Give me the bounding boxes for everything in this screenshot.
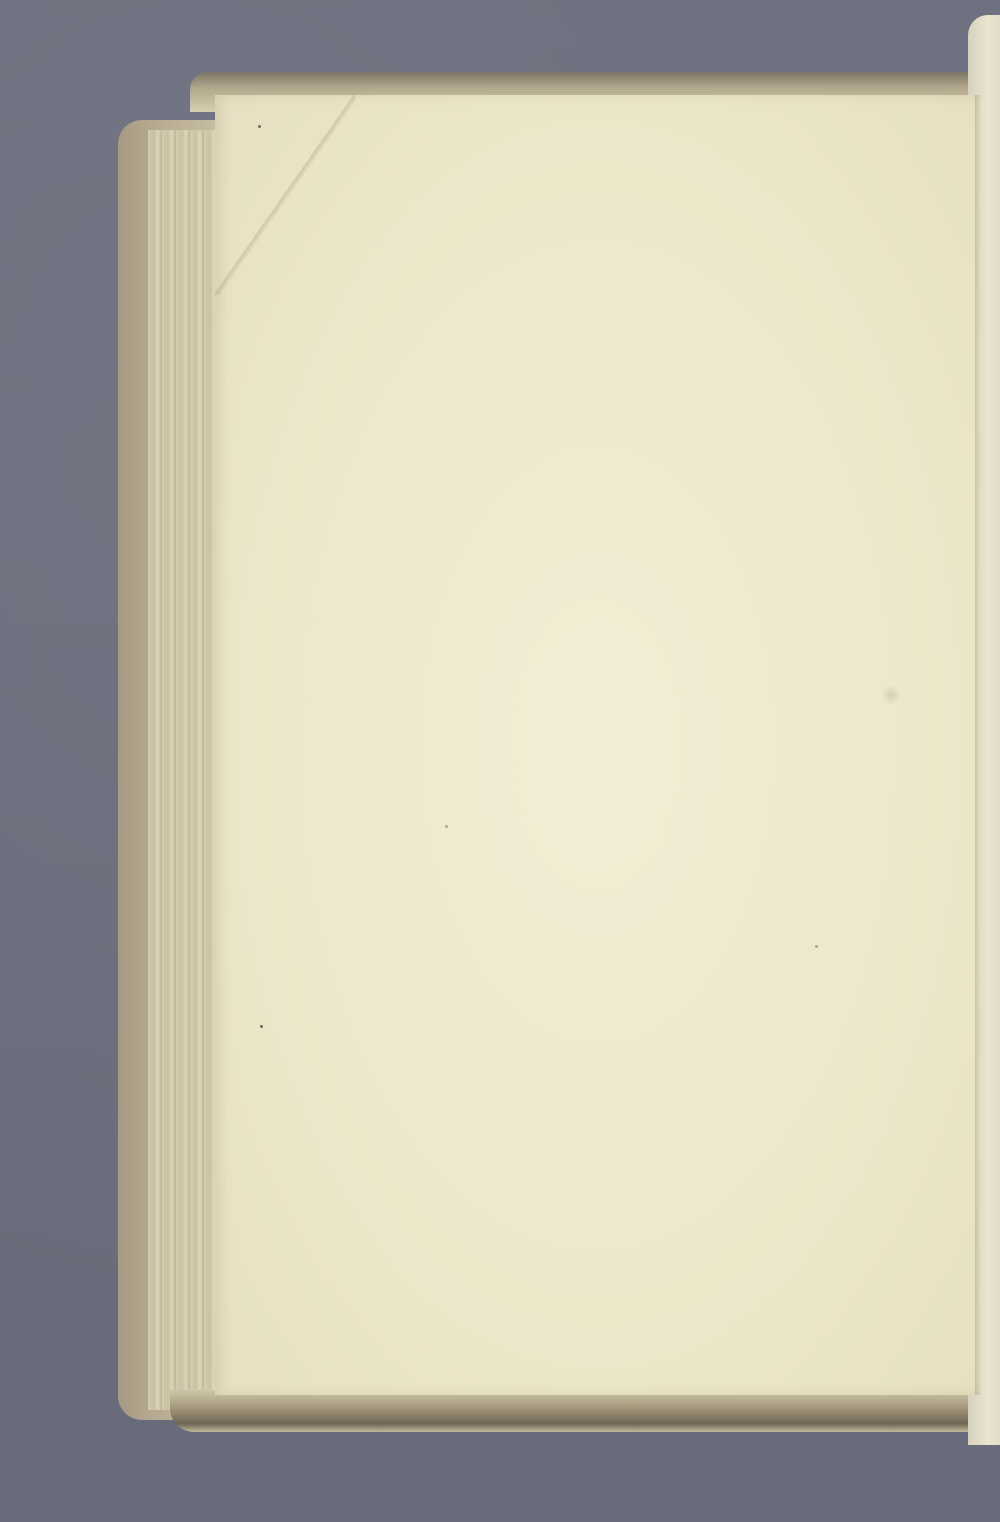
- blank-page: [215, 95, 980, 1395]
- page-crease: [215, 95, 355, 295]
- paper-speck: [260, 1025, 263, 1028]
- book-gutter: [975, 95, 981, 1395]
- bottom-page-edges: [170, 1390, 1000, 1432]
- paper-speck: [445, 825, 448, 828]
- paper-speck: [258, 125, 261, 128]
- paper-speck: [815, 945, 818, 948]
